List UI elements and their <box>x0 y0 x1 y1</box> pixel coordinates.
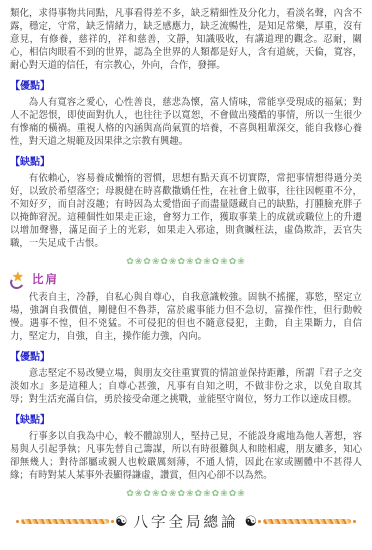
yinyang-icon: ☯ <box>115 514 128 530</box>
disadvantages-header: 【缺點】 <box>10 156 362 169</box>
floral-divider-icon: ✿❀✿❀✿❀✿❀✿❀✿❀✿❀ <box>10 489 362 499</box>
bijian-section-title: 比肩 <box>32 271 59 287</box>
bijian-advantages-header: 【優點】 <box>10 351 362 364</box>
advantages-header: 【優點】 <box>10 80 362 93</box>
bijian-section-header: ★ 比肩 <box>10 271 362 287</box>
bijian-intro-paragraph: 代表自主，冷靜，自私心與自尊心，自我意識較強。固執不搖擺，寡慾，堅定立場，強調自… <box>10 292 362 344</box>
footer-banner: ☯ 八字全局總論 ☯ <box>10 511 362 532</box>
rope-divider-icon <box>263 519 351 524</box>
yinyang-icon: ☯ <box>245 514 258 530</box>
rope-divider-icon <box>21 519 109 524</box>
bijian-advantages-paragraph: 意志堅定不易改變立場，與朋友交往重實質的情誼並保持距離，所謂『君子之交淡如水』多… <box>10 368 362 407</box>
footer-title: 八字全局總論 <box>134 511 239 532</box>
bijian-disadvantages-paragraph: 行事多以自我為中心，較不體諒別人，堅持己見，不能設身處地為他人著想，容易與人引起… <box>10 431 362 483</box>
report-page: 類化，求得事物共同點，凡事看得差不多，缺乏精細性及分化力，看淡名聲，內含不露，穩… <box>0 0 372 532</box>
bijian-disadvantages-header: 【缺點】 <box>10 414 362 427</box>
disadvantages-paragraph: 有依賴心，容易養成懶惰的習慣，思想有點天真不切實際，常把事情想得過分美好，以致於… <box>10 173 362 251</box>
floral-divider-icon: ✿❀✿❀✿❀✿❀✿❀✿❀✿❀ <box>10 257 362 267</box>
star-icon: ★ <box>10 272 26 287</box>
previous-section-tail-paragraph: 類化，求得事物共同點，凡事看得差不多，缺乏精細性及分化力，看淡名聲，內含不露，穩… <box>10 8 362 73</box>
advantages-paragraph: 為人有寬容之愛心，心性善良，慈悲為懷，富人情味，常能享受現成的福氣；對人不記怨恨… <box>10 97 362 149</box>
